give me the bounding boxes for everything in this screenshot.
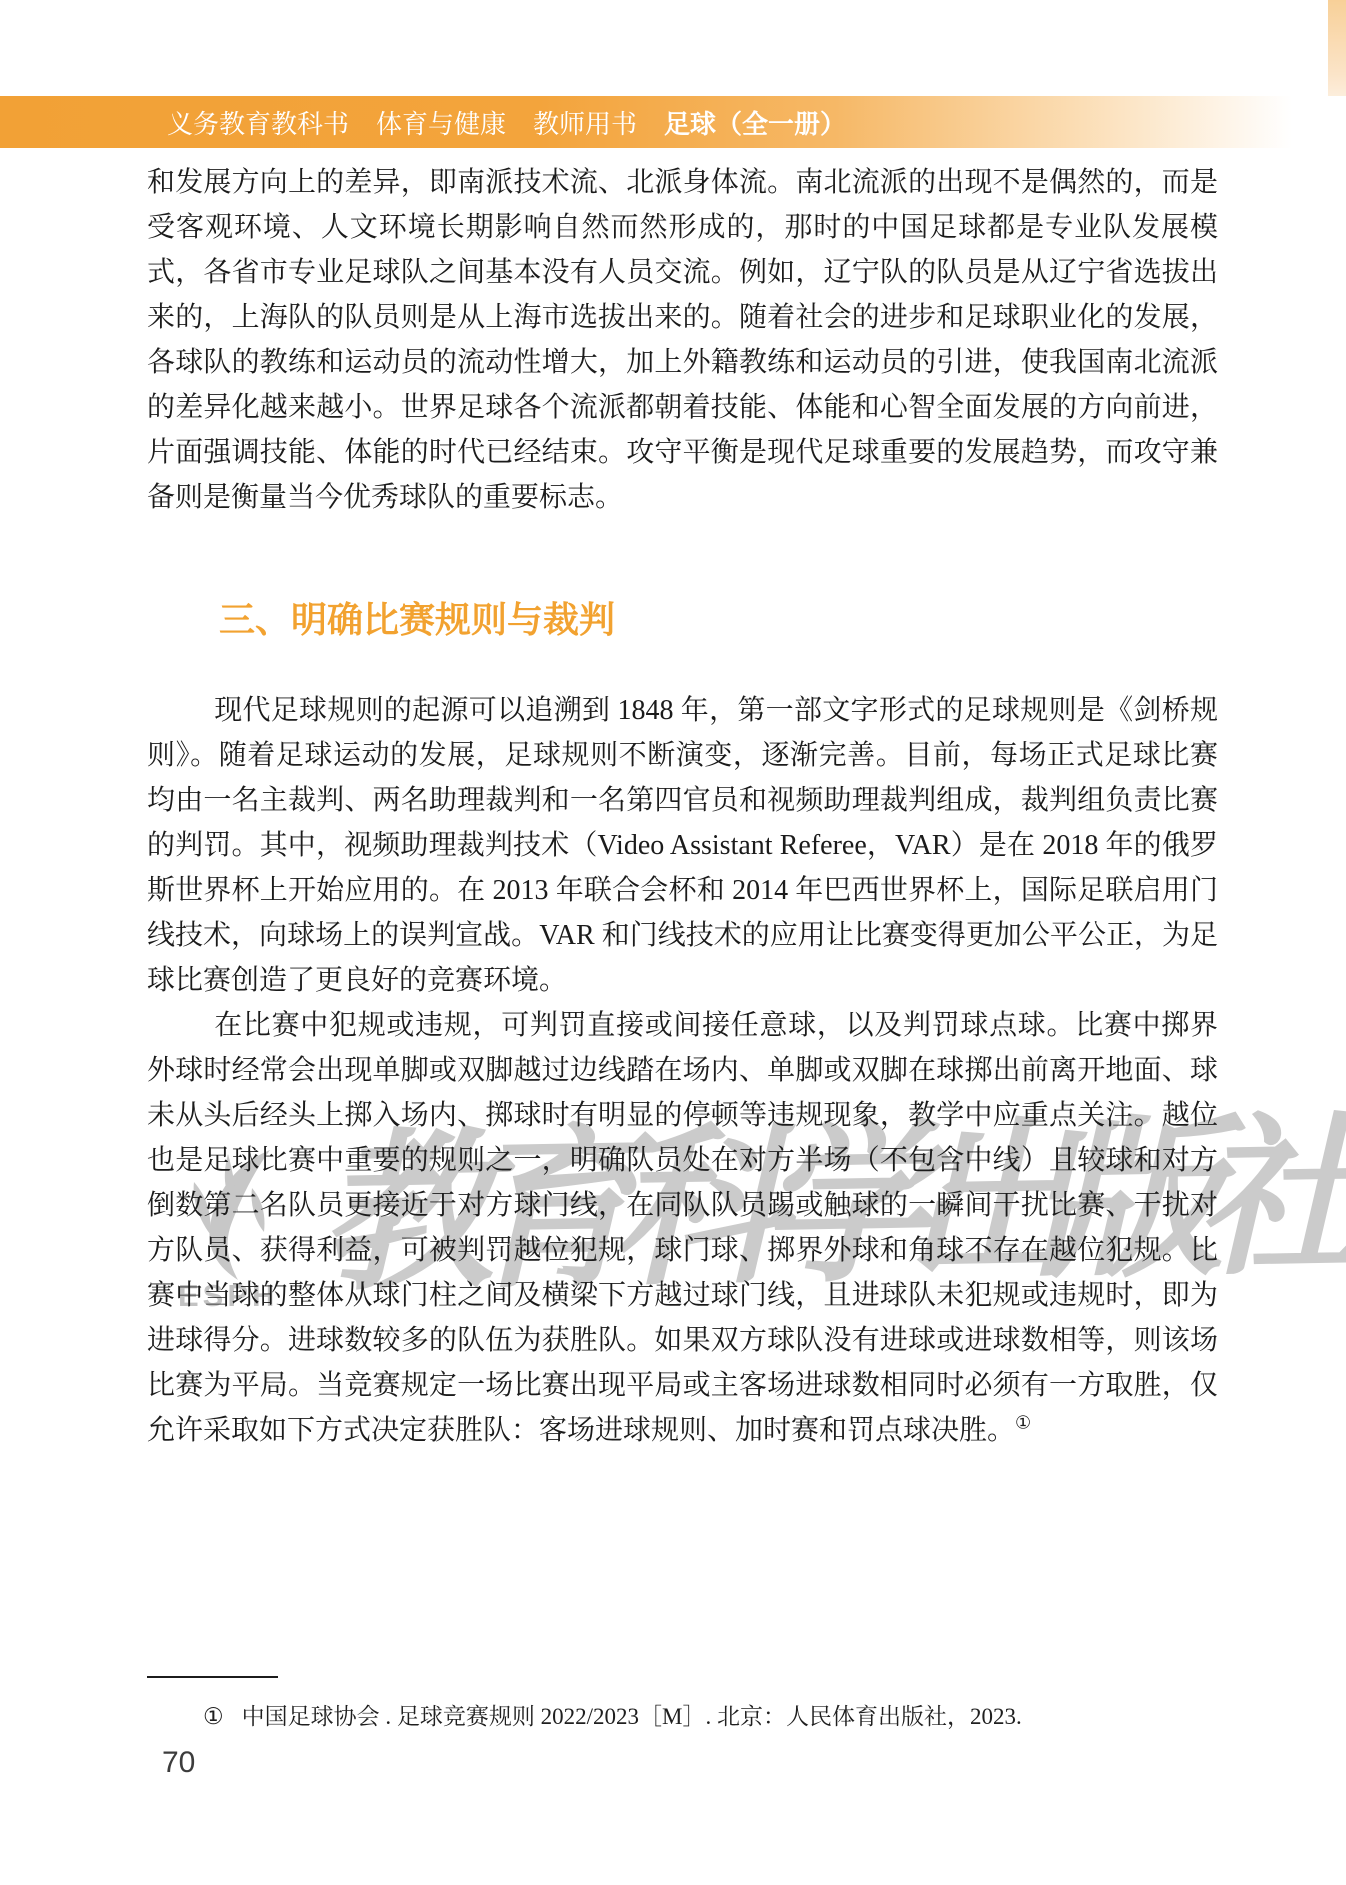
section-heading: 三、明确比赛规则与裁判: [147, 596, 1218, 644]
header-title: 足球（全一册）: [664, 104, 846, 141]
footnote-marker: ①: [203, 1704, 224, 1729]
body-text-block: 和发展方向上的差异，即南派技术流、北派身体流。南北流派的出现不是偶然的，而是受客…: [147, 160, 1218, 1453]
paragraph-fouls-offside: 在比赛中犯规或违规，可判罚直接或间接任意球，以及判罚球点球。比赛中掷界外球时经常…: [147, 1003, 1218, 1453]
footnote-text: 中国足球协会 . 足球竞赛规则 2022/2023［M］. 北京：人民体育出版社…: [242, 1704, 1022, 1729]
header-subject: 体育与健康: [376, 104, 506, 141]
footnote: ①中国足球协会 . 足球竞赛规则 2022/2023［M］. 北京：人民体育出版…: [203, 1701, 1163, 1733]
textbook-page: 义务教育教科书 体育与健康 教师用书 足球（全一册） ESPH 教育科学出版社 …: [0, 0, 1346, 1885]
paragraph-fouls-offside-text: 在比赛中犯规或违规，可判罚直接或间接任意球，以及判罚球点球。比赛中掷界外球时经常…: [147, 1010, 1218, 1446]
header-series: 义务教育教科书: [167, 104, 349, 141]
paragraph-continued: 和发展方向上的差异，即南派技术流、北派身体流。南北流派的出现不是偶然的，而是受客…: [147, 160, 1218, 520]
header-book-type: 教师用书: [533, 104, 637, 141]
paragraph-rules-origin: 现代足球规则的起源可以追溯到 1848 年，第一部文字形式的足球规则是《剑桥规则…: [147, 688, 1218, 1003]
footnote-divider: [147, 1676, 278, 1678]
header-band: 义务教育教科书 体育与健康 教师用书 足球（全一册）: [0, 96, 1346, 148]
footnote-reference-mark: ①: [1015, 1413, 1031, 1433]
page-number: 70: [162, 1746, 195, 1780]
